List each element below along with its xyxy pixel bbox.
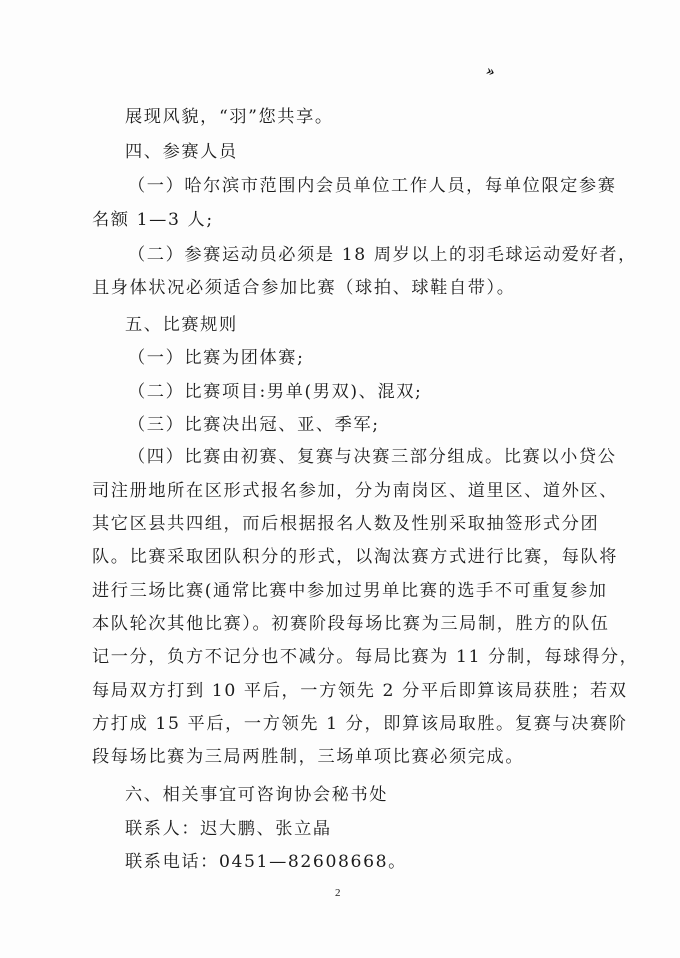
text-line: 展现风貌，“羽”您共享。 (125, 106, 334, 128)
text-line: 名额 1—3 人; (92, 209, 214, 231)
text-line: 段每场比赛为三局两胜制，三场单项比赛必须完成。 (92, 746, 524, 768)
page-number: 2 (335, 887, 341, 899)
text-line: 队。比赛采取团队积分的形式，以淘汰赛方式进行比赛，每队将 (92, 546, 618, 568)
text-line: 司注册地所在区形式报名参加，分为南岗区、道里区、道外区、 (92, 480, 618, 502)
text-line: 每局双方打到 10 平后，一方领先 2 分平后即算该局获胜；若双 (92, 680, 628, 702)
text-line: （一）哈尔滨市范围内会员单位工作人员，每单位限定参赛 (128, 175, 616, 197)
text-line: 联系人：迟大鹏、张立晶 (125, 818, 332, 840)
text-line: 本队轮次其他比赛）。初赛阶段每场比赛为三局制，胜方的队伍 (92, 613, 609, 635)
text-line: 六、相关事宜可咨询协会秘书处 (125, 784, 388, 806)
text-line: 四、参赛人员 (125, 141, 238, 163)
text-line: 五、比赛规则 (125, 314, 238, 336)
text-line: （三）比赛决出冠、亚、季军; (128, 414, 380, 436)
text-line: 其它区县共四组，而后根据报名人数及性别采取抽签形式分团 (92, 513, 599, 535)
text-line: 进行三场比赛(通常比赛中参加过男单比赛的选手不可重复参加 (92, 580, 608, 602)
text-line: 且身体状况必须适合参加比赛（球拍、球鞋自带）。 (92, 277, 516, 299)
text-line: （四）比赛由初赛、复赛与决赛三部分组成。比赛以小贷公 (128, 446, 616, 468)
text-line: 记一分，负方不记分也不减分。每局比赛为 11 分制，每球得分， (92, 646, 638, 668)
scan-mark: » (484, 63, 498, 81)
text-line: 联系电话：0451—82608668。 (125, 851, 407, 873)
text-line: 方打成 15 平后，一方领先 1 分，即算该局取胜。复赛与决赛阶 (92, 713, 628, 735)
text-line: （一）比赛为团体赛; (128, 347, 304, 369)
text-line: （二）参赛运动员必须是 18 周岁以上的羽毛球运动爱好者， (128, 244, 637, 266)
text-line: （二）比赛项目:男单(男双)、混双; (128, 381, 422, 403)
document-page: » 展现风貌，“羽”您共享。四、参赛人员（一）哈尔滨市范围内会员单位工作人员，每… (0, 0, 680, 958)
